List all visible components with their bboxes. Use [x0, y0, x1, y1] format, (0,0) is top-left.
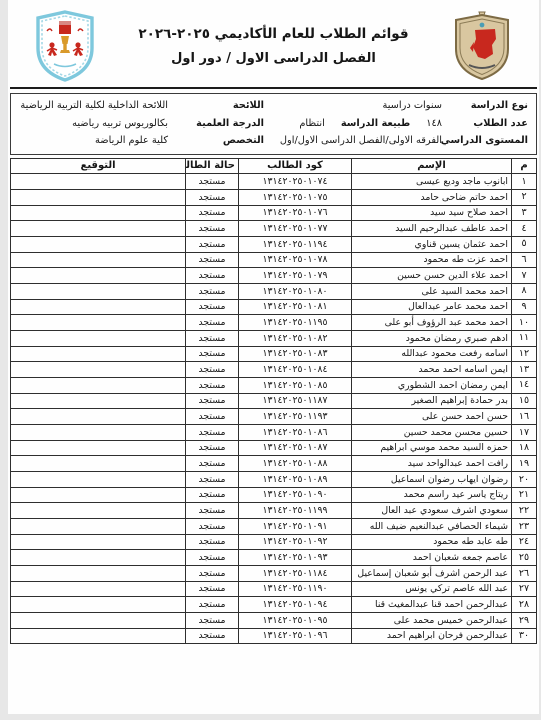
student-number-cell: ٦: [512, 252, 537, 268]
document-page: قوائم الطلاب للعام الأكاديمي ٢٠٢٥-٢٠٢٦ ا…: [8, 0, 539, 714]
student-number-cell: ٢: [512, 189, 537, 205]
student-signature-cell: [11, 628, 186, 644]
study-nature-label: طبيعة الدراسة: [341, 118, 410, 129]
student-status-cell: مستجد: [186, 283, 239, 299]
regulation-label: اللائحة: [190, 100, 264, 111]
student-row: ٧ احمد علاء الدين حسن حسين ١٣١٤٢٠٢٥٠١٠٧٩…: [11, 268, 537, 284]
student-number-cell: ١٧: [512, 424, 537, 440]
student-code-cell: ١٣١٤٢٠٢٥٠١١٨٧: [239, 393, 352, 409]
student-signature-cell: [11, 315, 186, 331]
student-number-cell: ١٨: [512, 440, 537, 456]
students-table: م الإسم كود الطالب حالة الطالب التوقيع ١…: [10, 158, 537, 645]
student-number-cell: ٢٣: [512, 518, 537, 534]
student-name-cell: احمد محمد عامر عبدالعال: [352, 299, 512, 315]
student-number-cell: ٢٧: [512, 581, 537, 597]
student-signature-cell: [11, 440, 186, 456]
student-number-cell: ١٠: [512, 315, 537, 331]
student-number-cell: ٢٢: [512, 503, 537, 519]
regulation-value: اللائحة الداخلية لكلية التربية الرياضية: [19, 100, 190, 111]
scanned-document: { "header": { "title_line1": "قوائم الطل…: [0, 0, 541, 720]
student-number-cell: ١: [512, 174, 537, 190]
study-nature-value: انتظام: [299, 118, 325, 129]
student-name-cell: شيماء الحصافي عبدالنعيم ضيف الله: [352, 518, 512, 534]
student-code-cell: ١٣١٤٢٠٢٥٠١٠٧٦: [239, 205, 352, 221]
col-header-signature: التوقيع: [11, 158, 186, 174]
student-row: ١٦ حسن احمد حسن على ١٣١٤٢٠٢٥٠١١٩٣ مستجد: [11, 409, 537, 425]
student-code-cell: ١٣١٤٢٠٢٥٠١٠٨٣: [239, 346, 352, 362]
student-code-cell: ١٣١٤٢٠٢٥٠١٠٩٠: [239, 487, 352, 503]
student-code-cell: ١٣١٤٢٠٢٥٠١٠٨٦: [239, 424, 352, 440]
student-code-cell: ١٣١٤٢٠٢٥٠١٠٩٥: [239, 612, 352, 628]
student-number-cell: ١٤: [512, 377, 537, 393]
student-row: ١٤ ايمن رمضان احمد الشطوري ١٣١٤٢٠٢٥٠١٠٨٥…: [11, 377, 537, 393]
student-row: ٢٨ عبدالرحمن احمد قنا عبدالمغيث قنا ١٣١٤…: [11, 597, 537, 613]
student-signature-cell: [11, 424, 186, 440]
student-signature-cell: [11, 205, 186, 221]
student-number-cell: ١٣: [512, 362, 537, 378]
student-code-cell: ١٣١٤٢٠٢٥٠١٠٩٤: [239, 597, 352, 613]
student-signature-cell: [11, 346, 186, 362]
student-name-cell: ريتاج ياسر عيد راسم محمد: [352, 487, 512, 503]
student-signature-cell: [11, 503, 186, 519]
student-row: ١ ابانوب ماجد وديع عيسى ١٣١٤٢٠٢٥٠١٠٧٤ مس…: [11, 174, 537, 190]
student-number-cell: ٩: [512, 299, 537, 315]
level-value: الفرقه الاولى/الفصل الدراسى الاول/اول: [264, 135, 442, 146]
student-code-cell: ١٣١٤٢٠٢٥٠١٠٨١: [239, 299, 352, 315]
student-status-cell: مستجد: [186, 518, 239, 534]
student-name-cell: احمد علاء الدين حسن حسين: [352, 268, 512, 284]
student-status-cell: مستجد: [186, 471, 239, 487]
student-status-cell: مستجد: [186, 174, 239, 190]
student-status-cell: مستجد: [186, 393, 239, 409]
student-status-cell: مستجد: [186, 534, 239, 550]
student-number-cell: ١٩: [512, 456, 537, 472]
student-name-cell: احمد محمد عبد الرؤوف أبو على: [352, 315, 512, 331]
student-status-cell: مستجد: [186, 315, 239, 331]
student-status-cell: مستجد: [186, 409, 239, 425]
student-row: ٢٧ عبد الله عاصم تركي يونس ١٣١٤٢٠٢٥٠١١٩٠…: [11, 581, 537, 597]
student-row: ٢٩ عبدالرحمن خميس محمد على ١٣١٤٢٠٢٥٠١٠٩٥…: [11, 612, 537, 628]
student-name-cell: ايمن اسامه احمد محمد: [352, 362, 512, 378]
student-row: ٩ احمد محمد عامر عبدالعال ١٣١٤٢٠٢٥٠١٠٨١ …: [11, 299, 537, 315]
student-signature-cell: [11, 268, 186, 284]
student-name-cell: احمد عاطف عبدالرحيم السيد: [352, 221, 512, 237]
student-code-cell: ١٣١٤٢٠٢٥٠١١٩٥: [239, 315, 352, 331]
student-status-cell: مستجد: [186, 205, 239, 221]
student-number-cell: ٣: [512, 205, 537, 221]
student-name-cell: اسامه رفعت محمود عبدالله: [352, 346, 512, 362]
student-status-cell: مستجد: [186, 236, 239, 252]
student-signature-cell: [11, 299, 186, 315]
student-status-cell: مستجد: [186, 550, 239, 566]
student-code-cell: ١٣١٤٢٠٢٥٠١٠٧٥: [239, 189, 352, 205]
student-number-cell: ١٢: [512, 346, 537, 362]
student-count-label: عدد الطلاب: [442, 118, 528, 129]
student-row: ٦ احمد عزت طه محمود ١٣١٤٢٠٢٥٠١٠٧٨ مستجد: [11, 252, 537, 268]
faculty-logo-icon: [34, 9, 96, 82]
student-signature-cell: [11, 377, 186, 393]
student-number-cell: ٢٤: [512, 534, 537, 550]
student-name-cell: حسن احمد حسن على: [352, 409, 512, 425]
student-status-cell: مستجد: [186, 346, 239, 362]
student-signature-cell: [11, 518, 186, 534]
document-title: قوائم الطلاب للعام الأكاديمي ٢٠٢٥-٢٠٢٦: [102, 26, 445, 42]
student-signature-cell: [11, 252, 186, 268]
course-info-box: نوع الدراسة سنوات دراسية اللائحة اللائحة…: [10, 93, 537, 155]
student-row: ٥ احمد عثمان يسين قناوي ١٣١٤٢٠٢٥٠١١٩٤ مس…: [11, 236, 537, 252]
student-status-cell: مستجد: [186, 189, 239, 205]
students-table-body: ١ ابانوب ماجد وديع عيسى ١٣١٤٢٠٢٥٠١٠٧٤ مس…: [11, 174, 537, 644]
major-value: كلية علوم الرياضة: [19, 135, 190, 146]
student-signature-cell: [11, 283, 186, 299]
study-type-label: نوع الدراسة: [442, 100, 528, 111]
student-status-cell: مستجد: [186, 221, 239, 237]
student-signature-cell: [11, 550, 186, 566]
student-name-cell: حمزه السيد محمد موسي ابراهيم: [352, 440, 512, 456]
student-signature-cell: [11, 581, 186, 597]
count-and-nature: ١٤٨ طبيعة الدراسة انتظام: [264, 118, 442, 129]
student-code-cell: ١٣١٤٢٠٢٥٠١١٩٩: [239, 503, 352, 519]
student-number-cell: ٣٠: [512, 628, 537, 644]
student-number-cell: ٥: [512, 236, 537, 252]
student-number-cell: ٢٨: [512, 597, 537, 613]
student-row: ٣٠ عبدالرحمن فرحان ابراهيم احمد ١٣١٤٢٠٢٥…: [11, 628, 537, 644]
student-code-cell: ١٣١٤٢٠٢٥٠١٠٨٧: [239, 440, 352, 456]
student-status-cell: مستجد: [186, 440, 239, 456]
student-code-cell: ١٣١٤٢٠٢٥٠١٠٧٩: [239, 268, 352, 284]
student-status-cell: مستجد: [186, 268, 239, 284]
student-code-cell: ١٣١٤٢٠٢٥٠١٠٨٩: [239, 471, 352, 487]
student-name-cell: حسين محسن محمد حسين: [352, 424, 512, 440]
student-signature-cell: [11, 471, 186, 487]
student-status-cell: مستجد: [186, 252, 239, 268]
major-label: التخصص: [190, 135, 264, 146]
student-row: ٢١ ريتاج ياسر عيد راسم محمد ١٣١٤٢٠٢٥٠١٠٩…: [11, 487, 537, 503]
student-signature-cell: [11, 221, 186, 237]
student-name-cell: عبدالرحمن خميس محمد على: [352, 612, 512, 628]
student-signature-cell: [11, 174, 186, 190]
student-signature-cell: [11, 189, 186, 205]
student-name-cell: احمد حاتم ضاحى حامد: [352, 189, 512, 205]
student-name-cell: عبد الرحمن اشرف أبو شعبان إسماعيل: [352, 565, 512, 581]
student-status-cell: مستجد: [186, 503, 239, 519]
degree-value: بكالوريوس تربيه رياضيه: [19, 118, 190, 129]
student-row: ٢٠ رضوان ايهاب رضوان اسماعيل ١٣١٤٢٠٢٥٠١٠…: [11, 471, 537, 487]
student-number-cell: ٢٩: [512, 612, 537, 628]
student-name-cell: عبدالرحمن احمد قنا عبدالمغيث قنا: [352, 597, 512, 613]
student-row: ٤ احمد عاطف عبدالرحيم السيد ١٣١٤٢٠٢٥٠١٠٧…: [11, 221, 537, 237]
student-row: ٢٤ طه عابد طه محمود ١٣١٤٢٠٢٥٠١٠٩٢ مستجد: [11, 534, 537, 550]
student-status-cell: مستجد: [186, 487, 239, 503]
student-signature-cell: [11, 612, 186, 628]
header-divider: [10, 87, 537, 89]
col-header-number: م: [512, 158, 537, 174]
student-row: ١١ ادهم صبري رمضان محمود ١٣١٤٢٠٢٥٠١٠٨٢ م…: [11, 330, 537, 346]
student-row: ٢ احمد حاتم ضاحى حامد ١٣١٤٢٠٢٥٠١٠٧٥ مستج…: [11, 189, 537, 205]
header-row: م الإسم كود الطالب حالة الطالب التوقيع: [11, 158, 537, 174]
student-name-cell: عبدالرحمن فرحان ابراهيم احمد: [352, 628, 512, 644]
student-name-cell: عاصم جمعه شعبان احمد: [352, 550, 512, 566]
student-number-cell: ٨: [512, 283, 537, 299]
student-code-cell: ١٣١٤٢٠٢٥٠١١٨٤: [239, 565, 352, 581]
student-signature-cell: [11, 597, 186, 613]
student-row: ١٣ ايمن اسامه احمد محمد ١٣١٤٢٠٢٥٠١٠٨٤ مس…: [11, 362, 537, 378]
student-row: ١٠ احمد محمد عبد الرؤوف أبو على ١٣١٤٢٠٢٥…: [11, 315, 537, 331]
degree-label: الدرجة العلمية: [190, 118, 264, 129]
student-code-cell: ١٣١٤٢٠٢٥٠١٠٧٨: [239, 252, 352, 268]
student-number-cell: ١٥: [512, 393, 537, 409]
student-code-cell: ١٣١٤٢٠٢٥٠١٠٨٨: [239, 456, 352, 472]
student-name-cell: بدر حمادة إبراهيم الصغير: [352, 393, 512, 409]
student-code-cell: ١٣١٤٢٠٢٥٠١٠٧٤: [239, 174, 352, 190]
student-row: ١٥ بدر حمادة إبراهيم الصغير ١٣١٤٢٠٢٥٠١١٨…: [11, 393, 537, 409]
student-status-cell: مستجد: [186, 424, 239, 440]
student-count-value: ١٤٨: [426, 118, 442, 129]
student-name-cell: احمد عزت طه محمود: [352, 252, 512, 268]
student-status-cell: مستجد: [186, 330, 239, 346]
student-name-cell: ايمن رمضان احمد الشطوري: [352, 377, 512, 393]
student-row: ٢٢ سعودي اشرف سعودي عبد العال ١٣١٤٢٠٢٥٠١…: [11, 503, 537, 519]
student-row: ١٧ حسين محسن محمد حسين ١٣١٤٢٠٢٥٠١٠٨٦ مست…: [11, 424, 537, 440]
student-row: ١٩ رافت احمد عبدالواحد سيد ١٣١٤٢٠٢٥٠١٠٨٨…: [11, 456, 537, 472]
student-status-cell: مستجد: [186, 612, 239, 628]
student-number-cell: ٤: [512, 221, 537, 237]
student-signature-cell: [11, 362, 186, 378]
students-table-head: م الإسم كود الطالب حالة الطالب التوقيع: [11, 158, 537, 174]
student-code-cell: ١٣١٤٢٠٢٥٠١٠٨٥: [239, 377, 352, 393]
student-signature-cell: [11, 330, 186, 346]
student-code-cell: ١٣١٤٢٠٢٥٠١٠٩٣: [239, 550, 352, 566]
student-name-cell: عبد الله عاصم تركي يونس: [352, 581, 512, 597]
level-label: المستوى الدراسي: [442, 135, 528, 146]
student-name-cell: احمد عثمان يسين قناوي: [352, 236, 512, 252]
student-signature-cell: [11, 456, 186, 472]
student-code-cell: ١٣١٤٢٠٢٥٠١١٩٤: [239, 236, 352, 252]
student-code-cell: ١٣١٤٢٠٢٥٠١٠٨٤: [239, 362, 352, 378]
student-code-cell: ١٣١٤٢٠٢٥٠١٠٩٢: [239, 534, 352, 550]
university-logo-icon: [451, 9, 513, 82]
student-code-cell: ١٣١٤٢٠٢٥٠١٠٩١: [239, 518, 352, 534]
student-status-cell: مستجد: [186, 565, 239, 581]
student-name-cell: احمد صلاح سيد سيد: [352, 205, 512, 221]
student-signature-cell: [11, 534, 186, 550]
student-status-cell: مستجد: [186, 581, 239, 597]
student-number-cell: ٢٠: [512, 471, 537, 487]
student-number-cell: ١١: [512, 330, 537, 346]
student-row: ١٢ اسامه رفعت محمود عبدالله ١٣١٤٢٠٢٥٠١٠٨…: [11, 346, 537, 362]
student-name-cell: سعودي اشرف سعودي عبد العال: [352, 503, 512, 519]
student-row: ١٨ حمزه السيد محمد موسي ابراهيم ١٣١٤٢٠٢٥…: [11, 440, 537, 456]
student-signature-cell: [11, 393, 186, 409]
student-number-cell: ١٦: [512, 409, 537, 425]
student-name-cell: ادهم صبري رمضان محمود: [352, 330, 512, 346]
student-code-cell: ١٣١٤٢٠٢٥٠١٠٩٦: [239, 628, 352, 644]
col-header-status: حالة الطالب: [186, 158, 239, 174]
student-signature-cell: [11, 236, 186, 252]
student-code-cell: ١٣١٤٢٠٢٥٠١٠٧٧: [239, 221, 352, 237]
col-header-name: الإسم: [352, 158, 512, 174]
student-name-cell: رضوان ايهاب رضوان اسماعيل: [352, 471, 512, 487]
student-row: ٢٣ شيماء الحصافي عبدالنعيم ضيف الله ١٣١٤…: [11, 518, 537, 534]
student-signature-cell: [11, 487, 186, 503]
student-status-cell: مستجد: [186, 377, 239, 393]
document-subtitle: الفصل الدراسى الاول / دور اول: [102, 51, 445, 66]
student-name-cell: احمد محمد السيد على: [352, 283, 512, 299]
student-signature-cell: [11, 409, 186, 425]
student-status-cell: مستجد: [186, 456, 239, 472]
student-code-cell: ١٣١٤٢٠٢٥٠١١٩٣: [239, 409, 352, 425]
col-header-code: كود الطالب: [239, 158, 352, 174]
student-name-cell: طه عابد طه محمود: [352, 534, 512, 550]
student-status-cell: مستجد: [186, 362, 239, 378]
document-header: قوائم الطلاب للعام الأكاديمي ٢٠٢٥-٢٠٢٦ ا…: [8, 0, 539, 86]
student-signature-cell: [11, 565, 186, 581]
student-number-cell: ٢١: [512, 487, 537, 503]
study-type-value: سنوات دراسية: [264, 100, 442, 111]
student-status-cell: مستجد: [186, 299, 239, 315]
student-code-cell: ١٣١٤٢٠٢٥٠١٠٨٢: [239, 330, 352, 346]
student-name-cell: ابانوب ماجد وديع عيسى: [352, 174, 512, 190]
student-row: ٨ احمد محمد السيد على ١٣١٤٢٠٢٥٠١٠٨٠ مستج…: [11, 283, 537, 299]
student-status-cell: مستجد: [186, 597, 239, 613]
student-status-cell: مستجد: [186, 628, 239, 644]
student-number-cell: ٢٦: [512, 565, 537, 581]
student-code-cell: ١٣١٤٢٠٢٥٠١٠٨٠: [239, 283, 352, 299]
student-row: ٢٦ عبد الرحمن اشرف أبو شعبان إسماعيل ١٣١…: [11, 565, 537, 581]
student-row: ٢٥ عاصم جمعه شعبان احمد ١٣١٤٢٠٢٥٠١٠٩٣ مس…: [11, 550, 537, 566]
student-row: ٣ احمد صلاح سيد سيد ١٣١٤٢٠٢٥٠١٠٧٦ مستجد: [11, 205, 537, 221]
student-number-cell: ٧: [512, 268, 537, 284]
student-name-cell: رافت احمد عبدالواحد سيد: [352, 456, 512, 472]
student-code-cell: ١٣١٤٢٠٢٥٠١١٩٠: [239, 581, 352, 597]
student-number-cell: ٢٥: [512, 550, 537, 566]
title-block: قوائم الطلاب للعام الأكاديمي ٢٠٢٥-٢٠٢٦ ا…: [96, 26, 451, 66]
